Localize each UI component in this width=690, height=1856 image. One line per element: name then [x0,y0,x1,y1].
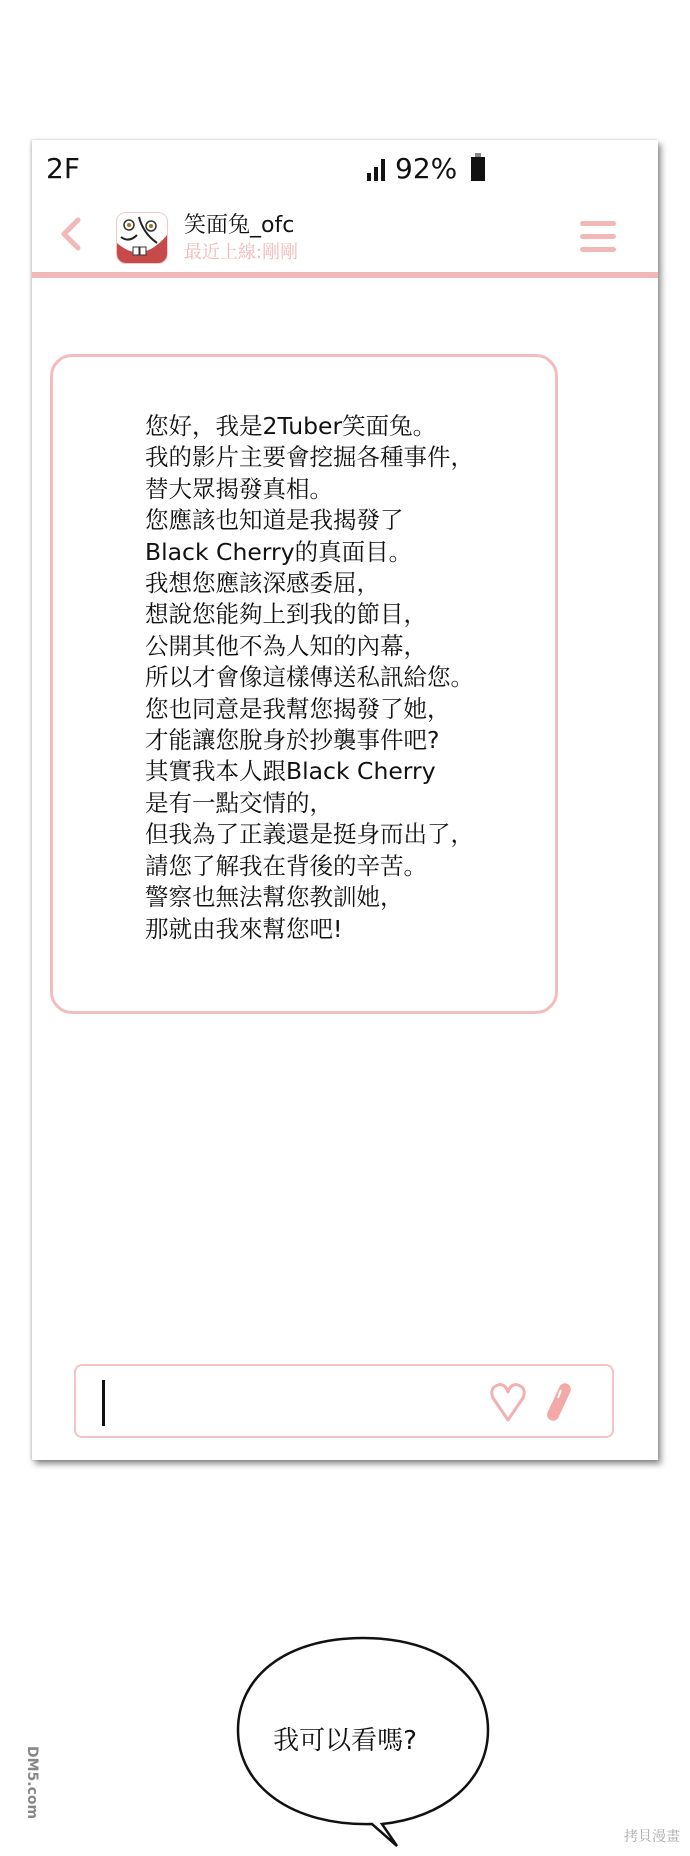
message-line: 警察也無法幫您教訓她， [145,882,474,913]
chat-header: 笑面兔_ofc 最近上線:剛剛 [32,202,658,272]
message-line: 想說您能夠上到我的節目， [145,599,474,630]
message-line: 我的影片主要會挖掘各種事件， [145,442,474,473]
message-bubble: 您好，我是2Tuber笑面兔。我的影片主要會挖掘各種事件，替大眾揭發真相。您應該… [50,354,558,1014]
hamburger-menu-icon[interactable] [572,216,624,260]
message-text: 您好，我是2Tuber笑面兔。我的影片主要會挖掘各種事件，替大眾揭發真相。您應該… [145,411,474,945]
text-caret [102,1380,105,1426]
watermark-right: 拷貝漫畫 [624,1826,680,1846]
carrier-label: 2F [46,152,80,185]
message-line: 您也同意是我幫您揭發了她， [145,694,474,725]
chevron-left-icon[interactable] [56,216,84,252]
signal-bars-icon [367,157,385,181]
avatar[interactable] [116,212,168,264]
heart-icon[interactable] [488,1380,528,1424]
message-line: 公開其他不為人知的內幕， [145,631,474,662]
phone-screen: 2F 92% 笑面兔_ofc 最近上線:剛剛 [32,140,658,1460]
battery-icon [471,157,485,181]
message-line: 但我為了正義還是挺身而出了， [145,819,474,850]
battery-percent: 92% [395,152,457,185]
message-line: 其實我本人跟Black Cherry [145,756,474,787]
message-line: 是有一點交情的， [145,788,474,819]
status-indicators: 92% [367,152,485,185]
message-line: Black Cherry的真面目。 [145,537,474,568]
message-input[interactable] [74,1364,614,1438]
message-line: 所以才會像這樣傳送私訊給您。 [145,662,474,693]
status-bar: 2F 92% [32,140,658,202]
message-line: 請您了解我在背後的辛苦。 [145,851,474,882]
watermark-left: DM5.com [10,1746,40,1846]
message-line: 您應該也知道是我揭發了 [145,505,474,536]
message-line: 我想您應該深感委屈， [145,568,474,599]
paperclip-icon[interactable] [544,1380,574,1424]
message-line: 才能讓您脫身於抄襲事件吧? [145,725,474,756]
message-line: 替大眾揭發真相。 [145,474,474,505]
speech-text: 我可以看嗎? [0,1720,690,1757]
contact-last-seen: 最近上線:剛剛 [184,238,298,264]
contact-name: 笑面兔_ofc [184,208,294,239]
message-line: 您好，我是2Tuber笑面兔。 [145,411,474,442]
message-line: 那就由我來幫您吧! [145,914,474,945]
header-divider [32,272,658,278]
